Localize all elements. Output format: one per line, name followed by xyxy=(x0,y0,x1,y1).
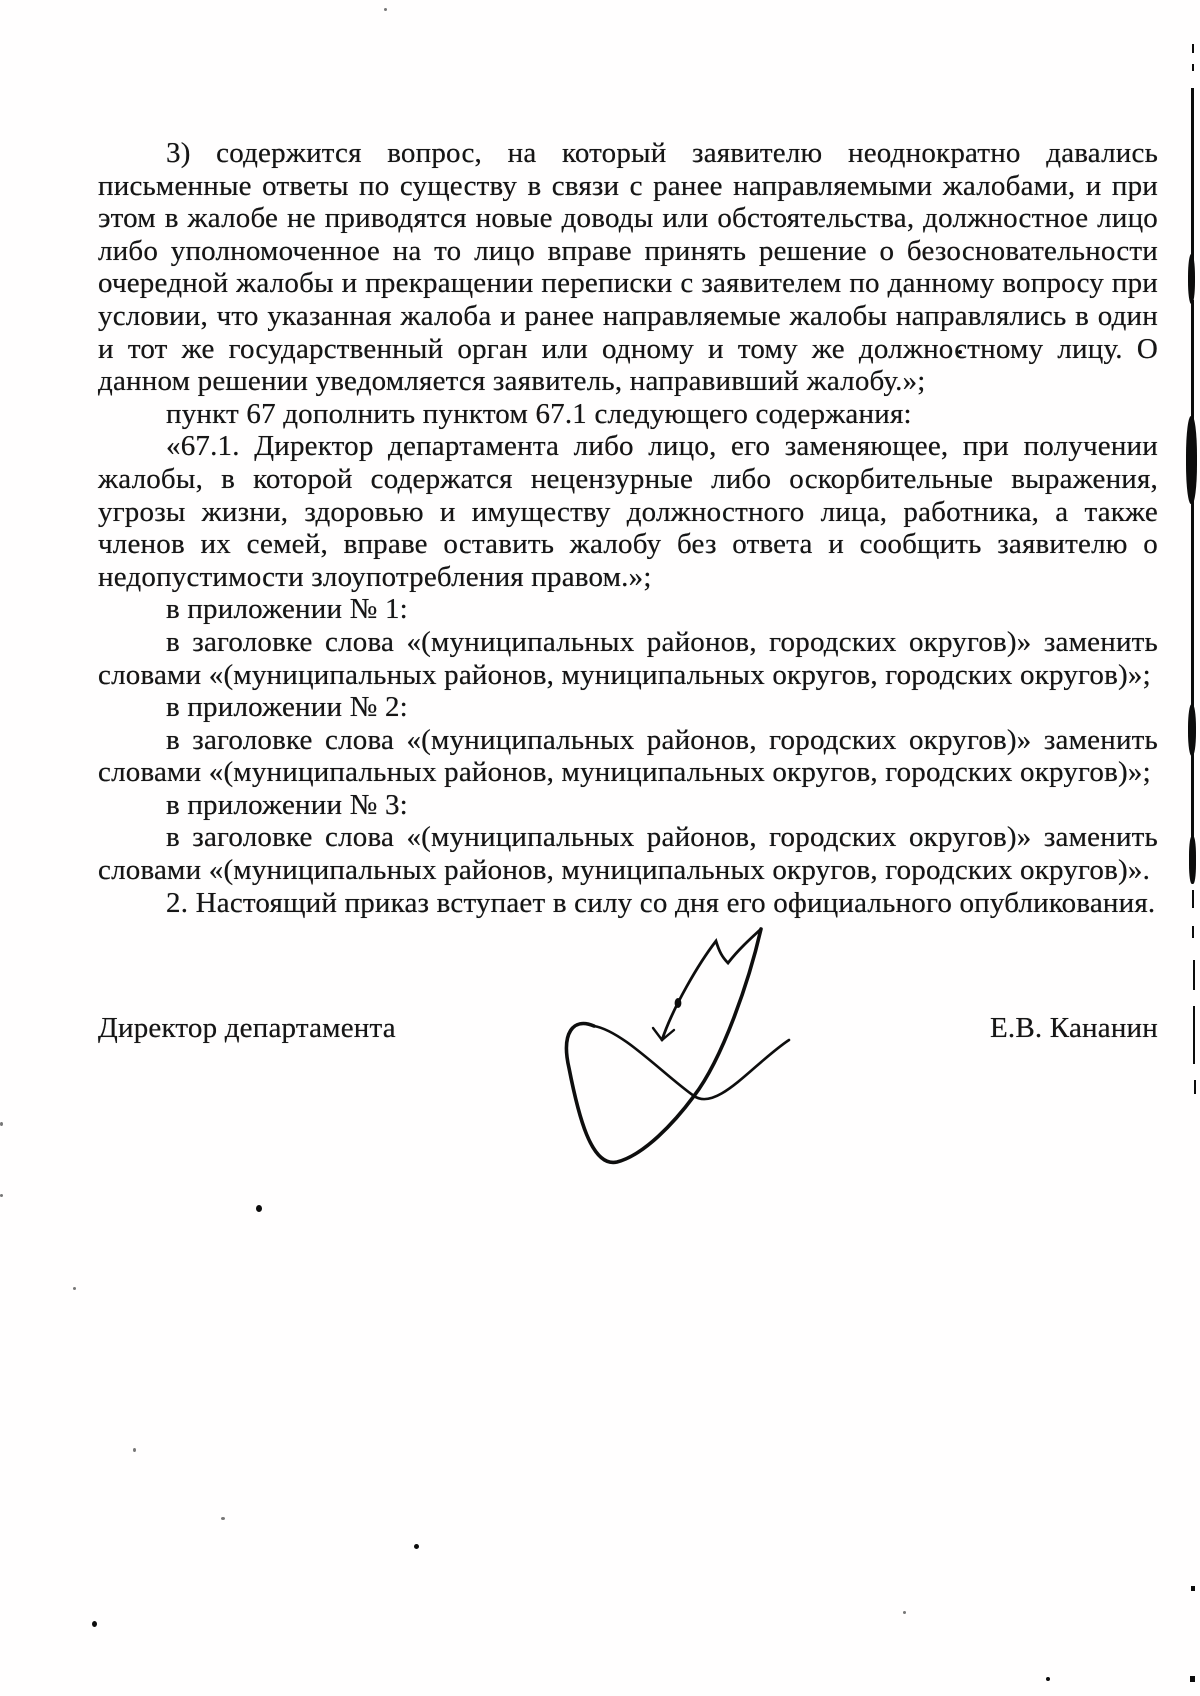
paragraph: в приложении № 1: xyxy=(98,593,1158,626)
scanned-document-page: 3) содержится вопрос, на который заявите… xyxy=(0,0,1200,1696)
paragraph: в приложении № 3: xyxy=(98,789,1158,822)
signature-name: Е.В. Кананин xyxy=(990,1012,1158,1045)
signature-role: Директор департамента xyxy=(98,1012,396,1045)
paragraph: пункт 67 дополнить пунктом 67.1 следующе… xyxy=(98,398,1158,431)
paragraph: в приложении № 2: xyxy=(98,691,1158,724)
paragraph: 3) содержится вопрос, на который заявите… xyxy=(98,137,1158,398)
paragraph: в заголовке слова «(муниципальных районо… xyxy=(98,724,1158,789)
document-body: 3) содержится вопрос, на который заявите… xyxy=(98,137,1158,919)
paragraph: «67.1. Директор департамента либо лицо, … xyxy=(98,430,1158,593)
handwritten-signature-icon xyxy=(470,855,810,1185)
paragraph: в заголовке слова «(муниципальных районо… xyxy=(98,626,1158,691)
